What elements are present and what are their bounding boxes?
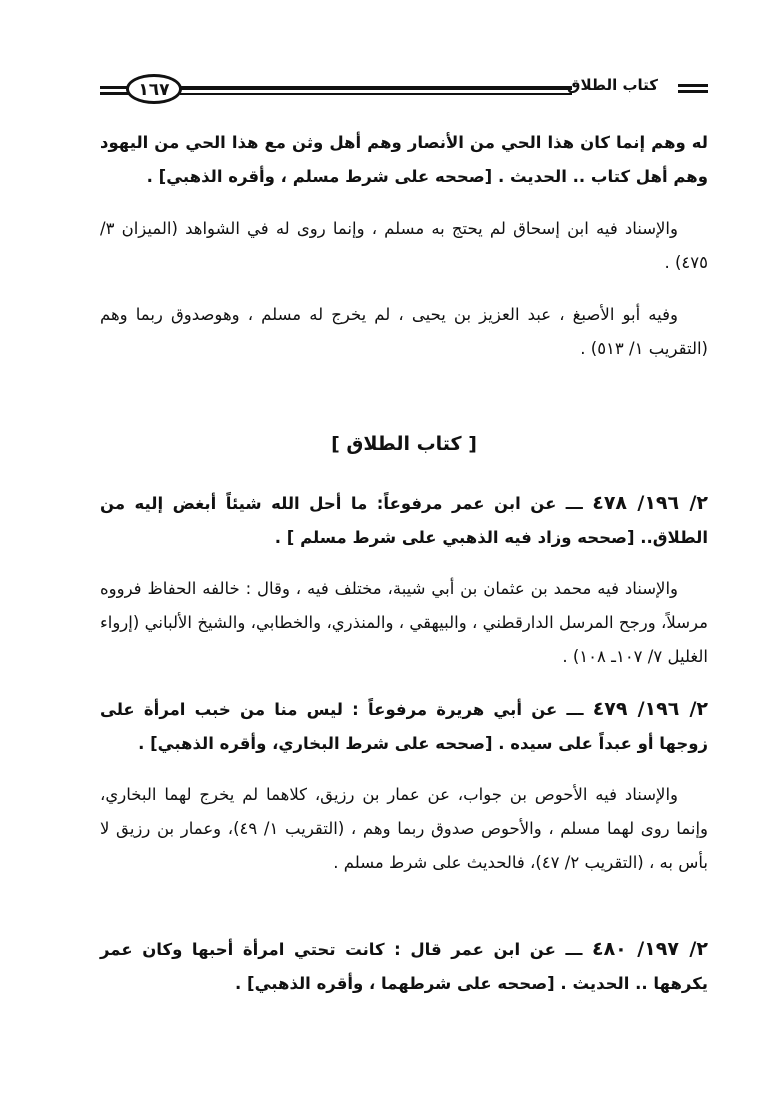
page-number: ١٦٧ [126,74,182,104]
hadith-entry: ٢/ ١٩٦/ ٤٧٩ ـــ عن أبي هريرة مرفوعاً : ل… [100,692,708,761]
hadith-entry: ٢/ ١٩٦/ ٤٧٨ ـــ عن ابن عمر مرفوعاً: ما أ… [100,486,708,555]
running-title: كتاب الطلاق [567,76,658,94]
paragraph-continuation: له وهم إنما كان هذا الحي من الأنصار وهم … [100,126,708,194]
hadith-commentary: والإسناد فيه محمد بن عثمان بن أبي شيبة، … [100,572,708,674]
book-page: كتاب الطلاق ١٦٧ له وهم إنما كان هذا الحي… [100,70,708,114]
hadith-number: ٢/ ١٩٧/ ٤٨٠ [592,938,708,960]
running-header: كتاب الطلاق ١٦٧ [100,70,708,114]
paragraph-narrator-note: وفيه أبو الأصبغ ، عبد العزيز بن يحيى ، ل… [100,298,708,366]
hadith-entry: ٢/ ١٩٧/ ٤٨٠ ـــ عن ابن عمر قال : كانت تح… [100,932,708,1001]
paragraph-isnad-note: والإسناد فيه ابن إسحاق لم يحتج به مسلم ،… [100,212,708,280]
hadith-commentary: والإسناد فيه الأحوص بن جواب، عن عمار بن … [100,778,708,880]
header-ornament-bar [678,84,708,93]
header-rule [180,86,572,95]
hadith-number: ٢/ ١٩٦/ ٤٧٩ [593,698,708,720]
hadith-number: ٢/ ١٩٦/ ٤٧٨ [592,492,708,514]
section-title: [ كتاب الطلاق ] [100,433,708,455]
